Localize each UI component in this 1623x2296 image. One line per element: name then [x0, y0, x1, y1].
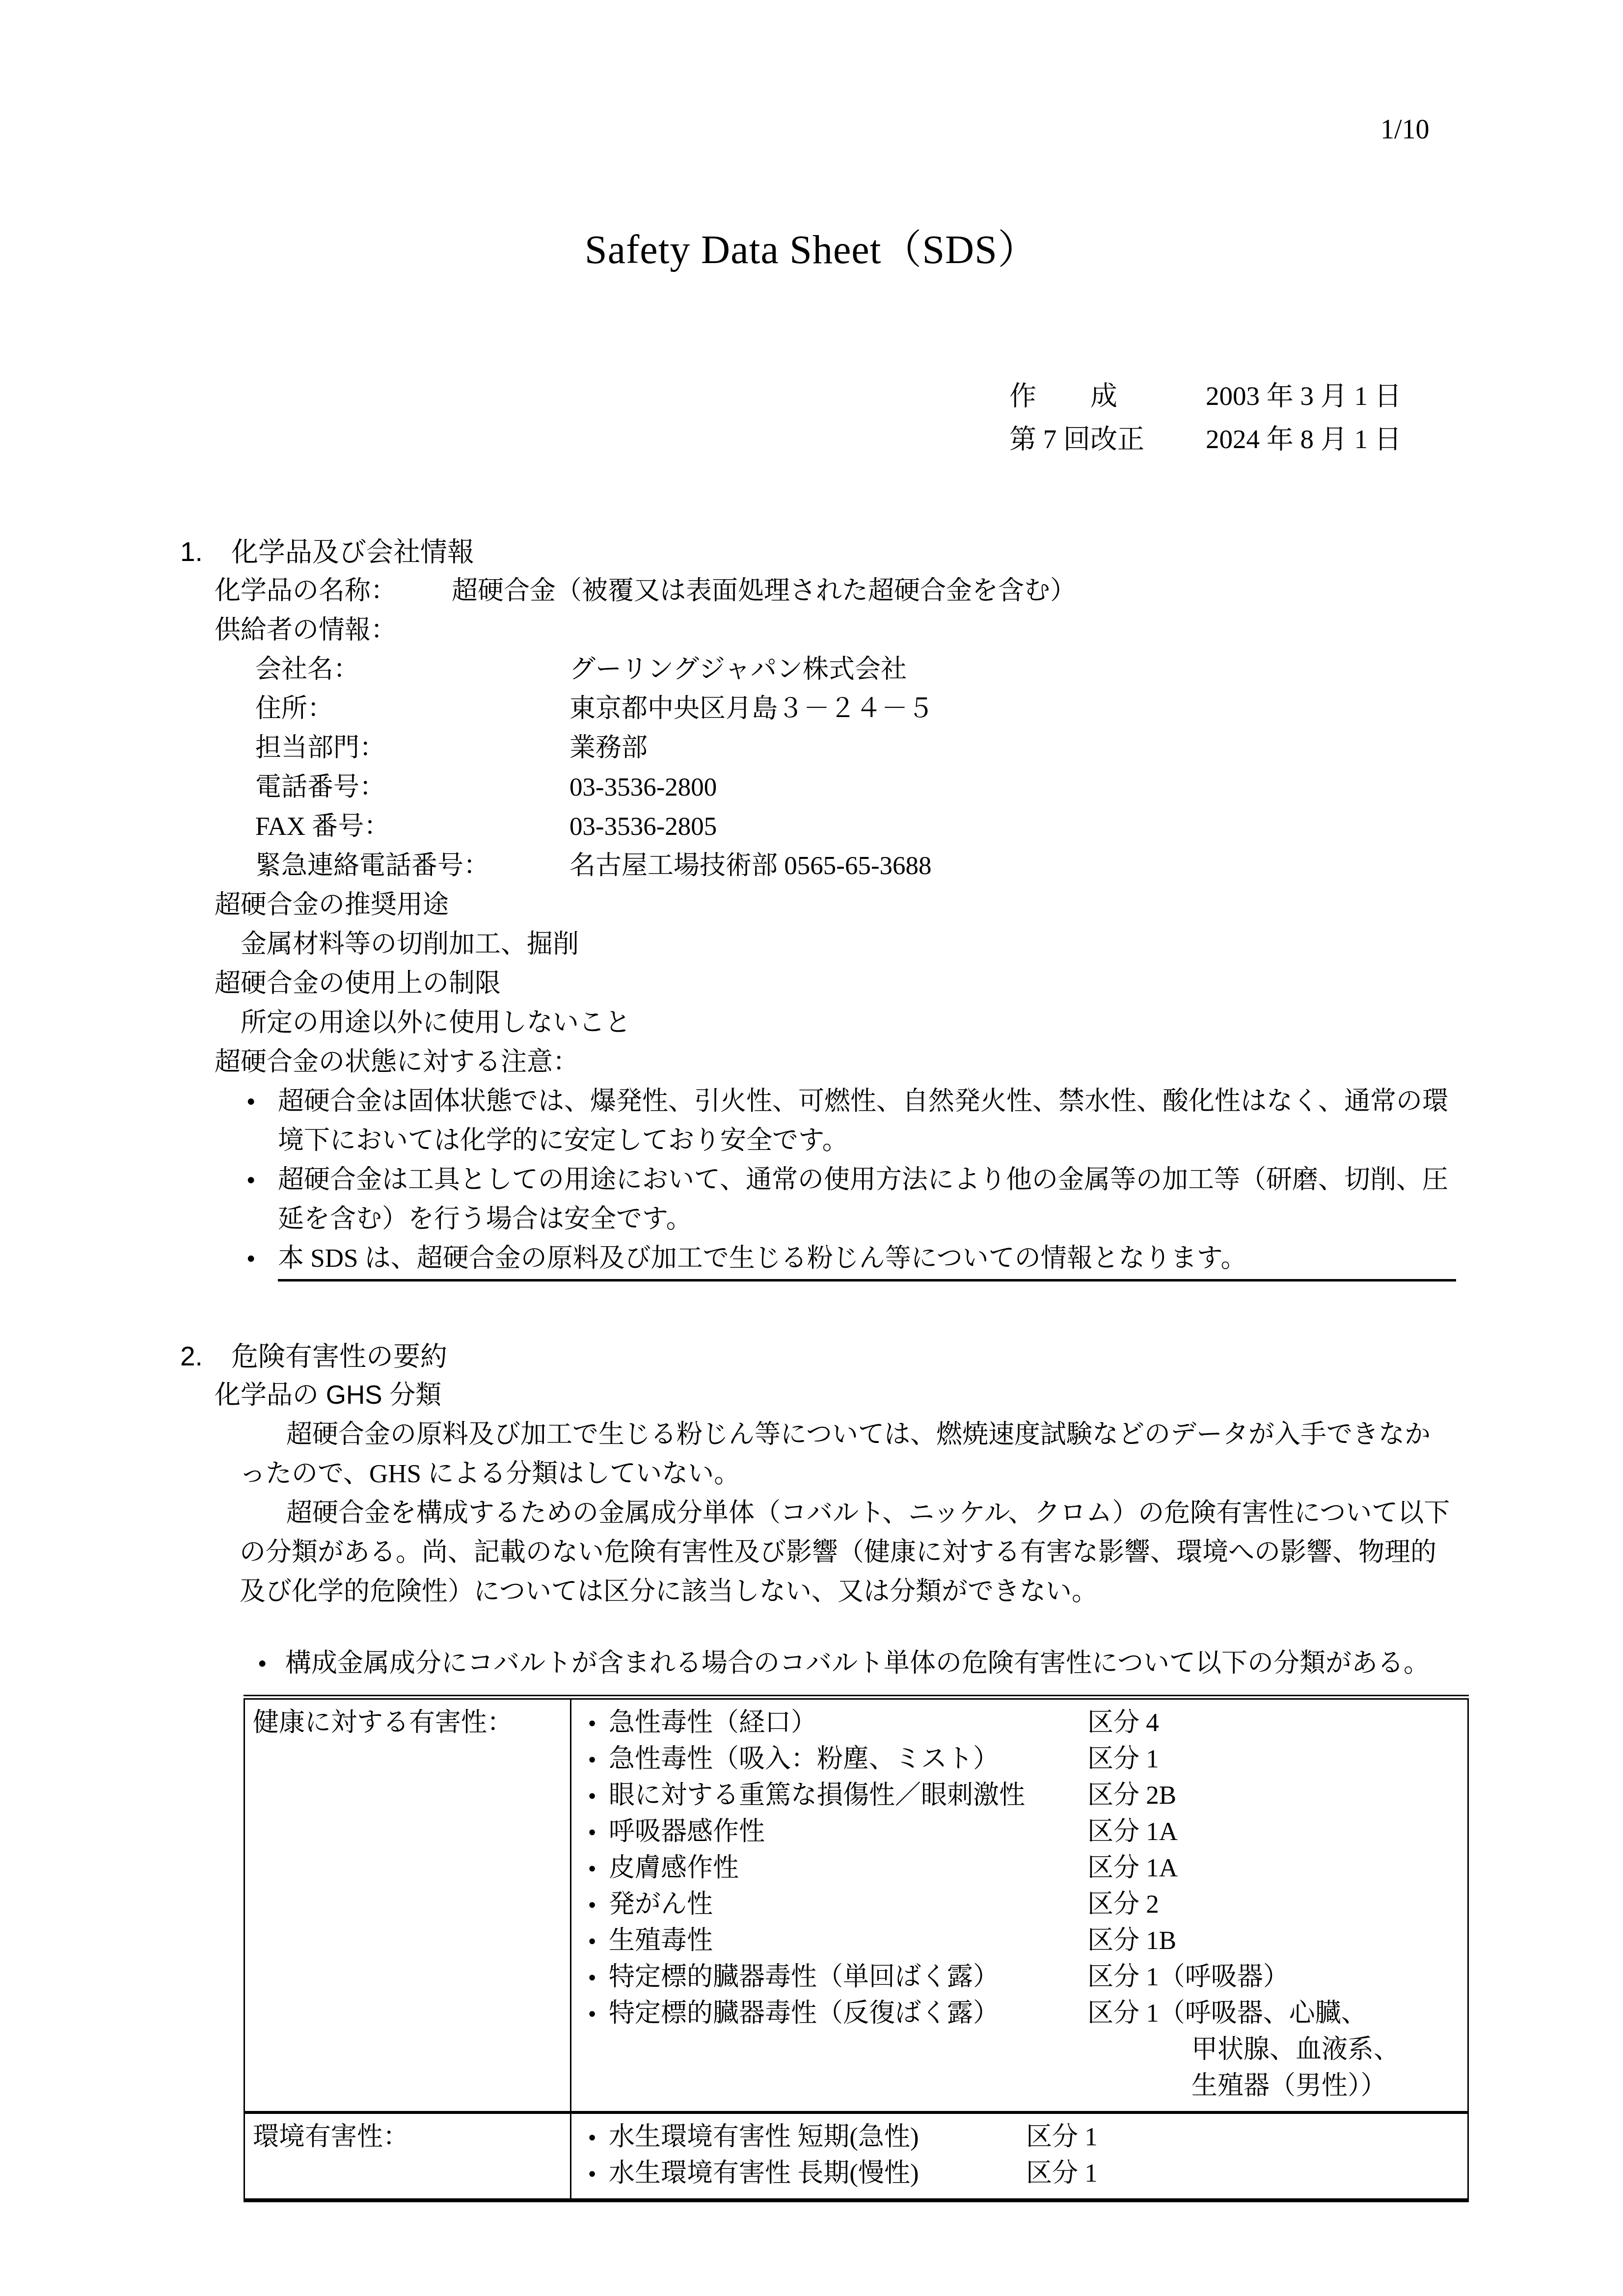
state-note-text-underlined: 本 SDS は、超硬合金の原料及び加工で生じる粉じん等についての情報となります。	[278, 1239, 1456, 1281]
revised-date: 2024 年 8 月 1 日	[1206, 418, 1402, 461]
bullet-icon: ●	[258, 1644, 285, 1683]
use-restriction-label: 超硬合金の使用上の制限	[215, 964, 1623, 1003]
bullet-icon: ●	[588, 1922, 609, 1959]
hazard-item: ● 水生環境有害性 長期(慢性) 区分 1	[588, 2155, 1462, 2191]
revised-label: 第 7 回改正	[1009, 418, 1206, 461]
supplier-row: 住所： 東京都中央区月島３－２４－５	[255, 689, 1623, 728]
bullet-icon: ●	[588, 2155, 609, 2191]
revision-row: 作 成 2003 年 3 月 1 日	[1009, 374, 1441, 418]
hazard-category: 区分 4	[1087, 1705, 1462, 1741]
bullet-icon: ●	[588, 2119, 609, 2155]
department-label: 担当部門：	[255, 728, 569, 768]
bullet-icon: ●	[246, 1239, 278, 1281]
bullet-icon: ●	[588, 1777, 609, 1814]
created-date: 2003 年 3 月 1 日	[1206, 374, 1402, 418]
bullet-icon: ●	[588, 1850, 609, 1886]
hazard-name: 発がん性	[609, 1886, 1087, 1922]
supplier-row: 電話番号： 03-3536-2800	[255, 768, 1623, 807]
hazard-item: ● 発がん性 区分 2	[588, 1886, 1462, 1922]
hazard-category: 区分 2B	[1087, 1777, 1462, 1814]
state-note-item: ● 超硬合金は工具としての用途において、通常の使用方法により他の金属等の加工等（…	[246, 1160, 1456, 1239]
hazard-item: ● 眼に対する重篤な損傷性／眼刺激性 区分 2B	[588, 1777, 1462, 1814]
state-caution-label: 超硬合金の状態に対する注意：	[215, 1042, 1623, 1082]
bullet-icon: ●	[246, 1160, 278, 1239]
bullet-icon: ●	[588, 1995, 609, 2104]
cobalt-note-text: 構成金属成分にコバルトが含まれる場合のコバルト単体の危険有害性について以下の分類…	[285, 1644, 1456, 1683]
state-note-text: 超硬合金は固体状態では、爆発性、引火性、可燃性、自然発火性、禁水性、酸化性はなく…	[278, 1082, 1456, 1160]
fax-value: 03-3536-2805	[569, 807, 717, 846]
cobalt-note-item: ● 構成金属成分にコバルトが含まれる場合のコバルト単体の危険有害性について以下の…	[258, 1644, 1456, 1683]
state-note-item: ● 本 SDS は、超硬合金の原料及び加工で生じる粉じん等についての情報となりま…	[246, 1239, 1456, 1281]
hazard-name: 生殖毒性	[609, 1922, 1087, 1959]
supplier-row: 緊急連絡電話番号： 名古屋工場技術部 0565-65-3688	[255, 846, 1623, 885]
hazard-item: ● 特定標的臓器毒性（反復ばく露） 区分 1（呼吸器、心臓、 甲状腺、血液系、 …	[588, 1995, 1462, 2104]
hazard-category: 区分 1（呼吸器、心臓、 甲状腺、血液系、 生殖器（男性））	[1087, 1995, 1462, 2104]
ghs-paragraph: 超硬合金の原料及び加工で生じる粉じん等については、燃焼速度試験などのデータが入手…	[240, 1415, 1456, 1494]
revision-block: 作 成 2003 年 3 月 1 日 第 7 回改正 2024 年 8 月 1 …	[1009, 374, 1441, 461]
health-hazard-row: 健康に対する有害性： ● 急性毒性（経口） 区分 4 ● 急性毒性（吸入：粉塵、…	[244, 1697, 1468, 2112]
hazard-category: 区分 1	[1026, 2155, 1462, 2191]
environmental-hazard-header: 環境有害性：	[244, 2112, 571, 2200]
section2-number: 2.	[180, 1336, 231, 1376]
environmental-hazard-items: ● 水生環境有害性 短期(急性) 区分 1 ● 水生環境有害性 長期(慢性) 区…	[571, 2112, 1468, 2200]
hazard-name: 特定標的臓器毒性（単回ばく露）	[609, 1959, 1087, 1995]
hazard-item: ● 生殖毒性 区分 1B	[588, 1922, 1462, 1959]
supplier-row: 担当部門： 業務部	[255, 728, 1623, 768]
metal-component-paragraph: 超硬合金を構成するための金属成分単体（コバルト、ニッケル、クロム）の危険有害性に…	[240, 1494, 1456, 1611]
bullet-icon: ●	[588, 1814, 609, 1850]
state-note-text: 超硬合金は工具としての用途において、通常の使用方法により他の金属等の加工等（研磨…	[278, 1160, 1456, 1239]
hazard-name: 急性毒性（吸入：粉塵、ミスト）	[609, 1741, 1087, 1777]
hazard-name: 急性毒性（経口）	[609, 1705, 1087, 1741]
ghs-classification-label: 化学品の GHS 分類	[215, 1376, 1623, 1415]
supplier-row: 会社名： グーリングジャパン株式会社	[255, 650, 1623, 689]
hazard-category: 区分 1A	[1087, 1814, 1462, 1850]
company-name-value: グーリングジャパン株式会社	[569, 650, 907, 689]
fax-label: FAX 番号：	[255, 807, 569, 846]
bullet-icon: ●	[246, 1082, 278, 1160]
product-name-label: 化学品の名称：	[215, 571, 452, 611]
phone-label: 電話番号：	[255, 768, 569, 807]
health-hazard-items: ● 急性毒性（経口） 区分 4 ● 急性毒性（吸入：粉塵、ミスト） 区分 1 ●…	[571, 1697, 1468, 2112]
bullet-icon: ●	[588, 1705, 609, 1741]
hazard-category: 区分 1B	[1087, 1922, 1462, 1959]
bullet-icon: ●	[588, 1959, 609, 1995]
hazard-category: 区分 2	[1087, 1886, 1462, 1922]
hazard-name: 水生環境有害性 長期(慢性)	[609, 2155, 1026, 2191]
phone-value: 03-3536-2800	[569, 768, 717, 807]
address-value: 東京都中央区月島３－２４－５	[569, 689, 934, 728]
section2-title: 危険有害性の要約	[231, 1336, 447, 1376]
product-name-value: 超硬合金（被覆又は表面処理された超硬合金を含む）	[452, 571, 1076, 611]
hazard-item: ● 急性毒性（経口） 区分 4	[588, 1705, 1462, 1741]
hazard-category: 区分 1	[1087, 1741, 1462, 1777]
recommended-use-label: 超硬合金の推奨用途	[215, 885, 1623, 925]
product-name-row: 化学品の名称： 超硬合金（被覆又は表面処理された超硬合金を含む）	[215, 571, 1623, 611]
created-label: 作 成	[1009, 374, 1206, 418]
environmental-hazard-row: 環境有害性： ● 水生環境有害性 短期(急性) 区分 1 ● 水生環境有害性 長…	[244, 2112, 1468, 2200]
section2-heading: 2. 危険有害性の要約	[180, 1336, 1623, 1376]
state-note-item: ● 超硬合金は固体状態では、爆発性、引火性、可燃性、自然発火性、禁水性、酸化性は…	[246, 1082, 1456, 1160]
use-restriction-value: 所定の用途以外に使用しないこと	[241, 1003, 1623, 1042]
department-value: 業務部	[569, 728, 648, 768]
address-label: 住所：	[255, 689, 569, 728]
section1-title: 化学品及び会社情報	[231, 532, 474, 571]
section1-heading: 1. 化学品及び会社情報	[180, 532, 1623, 571]
hazard-name: 水生環境有害性 短期(急性)	[609, 2119, 1026, 2155]
hazard-item: ● 呼吸器感作性 区分 1A	[588, 1814, 1462, 1850]
page-number: 1/10	[1380, 116, 1430, 143]
section1-number: 1.	[180, 532, 231, 571]
hazard-category: 区分 1（呼吸器）	[1087, 1959, 1462, 1995]
hazard-name: 眼に対する重篤な損傷性／眼刺激性	[609, 1777, 1087, 1814]
hazard-name: 特定標的臓器毒性（反復ばく露）	[609, 1995, 1087, 2104]
hazard-category: 区分 1A	[1087, 1850, 1462, 1886]
bullet-icon: ●	[588, 1886, 609, 1922]
health-hazard-header: 健康に対する有害性：	[244, 1697, 571, 2112]
revision-row: 第 7 回改正 2024 年 8 月 1 日	[1009, 418, 1441, 461]
hazard-item: ● 水生環境有害性 短期(急性) 区分 1	[588, 2119, 1462, 2155]
hazard-item: ● 皮膚感作性 区分 1A	[588, 1850, 1462, 1886]
emergency-phone-value: 名古屋工場技術部 0565-65-3688	[569, 846, 932, 885]
sds-page: 1/10 Safety Data Sheet（SDS） 作 成 2003 年 3…	[0, 0, 1623, 2296]
supplier-info-label: 供給者の情報：	[215, 611, 1623, 650]
recommended-use-value: 金属材料等の切削加工、掘削	[241, 925, 1623, 964]
hazard-name: 呼吸器感作性	[609, 1814, 1087, 1850]
company-name-label: 会社名：	[255, 650, 569, 689]
hazard-category: 区分 1	[1026, 2119, 1462, 2155]
bullet-icon: ●	[588, 1741, 609, 1777]
supplier-row: FAX 番号： 03-3536-2805	[255, 807, 1623, 846]
document-title: Safety Data Sheet（SDS）	[0, 226, 1623, 274]
hazard-item: ● 急性毒性（吸入：粉塵、ミスト） 区分 1	[588, 1741, 1462, 1777]
hazard-name: 皮膚感作性	[609, 1850, 1087, 1886]
hazard-classification-table: 健康に対する有害性： ● 急性毒性（経口） 区分 4 ● 急性毒性（吸入：粉塵、…	[243, 1695, 1469, 2202]
hazard-item: ● 特定標的臓器毒性（単回ばく露） 区分 1（呼吸器）	[588, 1959, 1462, 1995]
emergency-phone-label: 緊急連絡電話番号：	[255, 846, 569, 885]
